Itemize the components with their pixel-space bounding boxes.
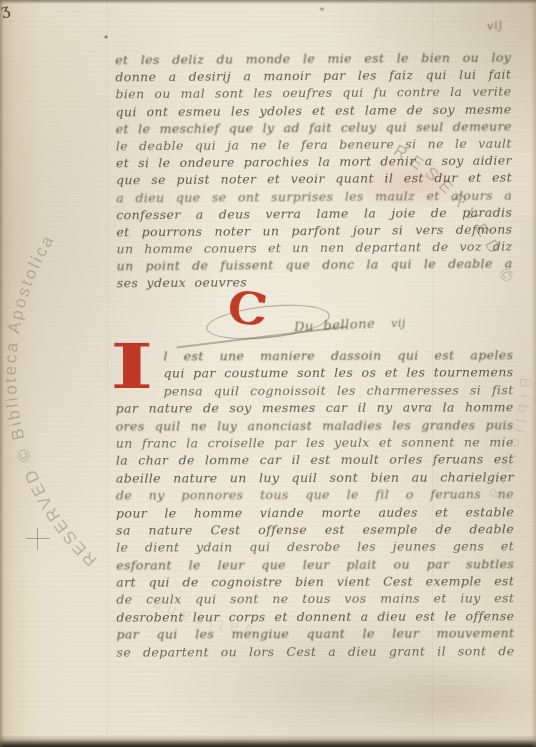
manuscript-line: desrobent leur corps et donnent a dieu e… [116,607,514,626]
manuscript-line: par nature de soy mesmes car il ny avra … [116,398,514,417]
folio-number: vij [486,18,504,33]
manuscript-line: pensa quil cognoissoit les charmeresses … [116,381,514,400]
manuscript-line: pour le homme viande morte audes et esta… [116,503,514,522]
manuscript-photo: RESERVED © Biblioteca Vaticana RESERVED … [0,0,536,747]
page-edge-top [0,0,536,4]
manuscript-line: le dient ydain qui desrobe les jeunes ge… [116,538,514,557]
watermark-text-left: RESERVED © Biblioteca Apostolica [1,230,101,569]
paragraph-1: et les deliz du monde le mie est le bien… [115,49,513,292]
manuscript-line: de ceulx qui sont ne tous vos mains et i… [116,590,514,609]
manuscript-line: un franc la croiselle par les yeulx et s… [116,433,514,452]
manuscript-line: qui par coustume sont les os et les tour… [116,364,514,383]
parchment-crease [107,0,108,747]
manuscript-line: ores quil ne luy anonciast maladies les … [116,416,514,435]
manuscript-line: sa nature Cest offense est esemple de de… [116,520,514,539]
manuscript-line: se departent ou lors Cest a dieu grant i… [116,642,514,661]
paragraph-2: l est une maniere dassoin qui est apeles… [115,346,514,660]
parchment-crease [432,0,433,747]
manuscript-line: ses ydeux oeuvres [117,272,513,292]
chapter-heading-title: Du bellone [294,317,376,336]
cross-mark-vertical [37,528,38,550]
chapter-number: vij [391,316,406,330]
cross-mark [26,528,50,550]
manuscript-line: esforant le leur que leur plait ou par s… [116,555,514,574]
manuscript-page: RESERVED © Biblioteca Vaticana RESERVED … [0,0,536,747]
page-edge-bottom [0,735,536,747]
manuscript-line: abeille nature un luy quil sont bien au … [116,468,514,487]
page-edge-left [0,0,4,747]
red-paraph-capitulum: C [225,286,267,334]
manuscript-line: de ny ponnores tous que le fil o feruans… [116,485,514,504]
cross-mark-horizontal [26,538,50,539]
manuscript-line: l est une maniere dassoin qui est apeles… [115,346,513,365]
manuscript-line: art qui de cognoistre bien vient Cest ex… [116,572,514,591]
page-edge-right [531,0,536,747]
manuscript-line: la char de lomme car il est moult orles … [116,451,514,470]
manuscript-line: par qui les mengiue quant le leur mouvem… [116,625,514,644]
